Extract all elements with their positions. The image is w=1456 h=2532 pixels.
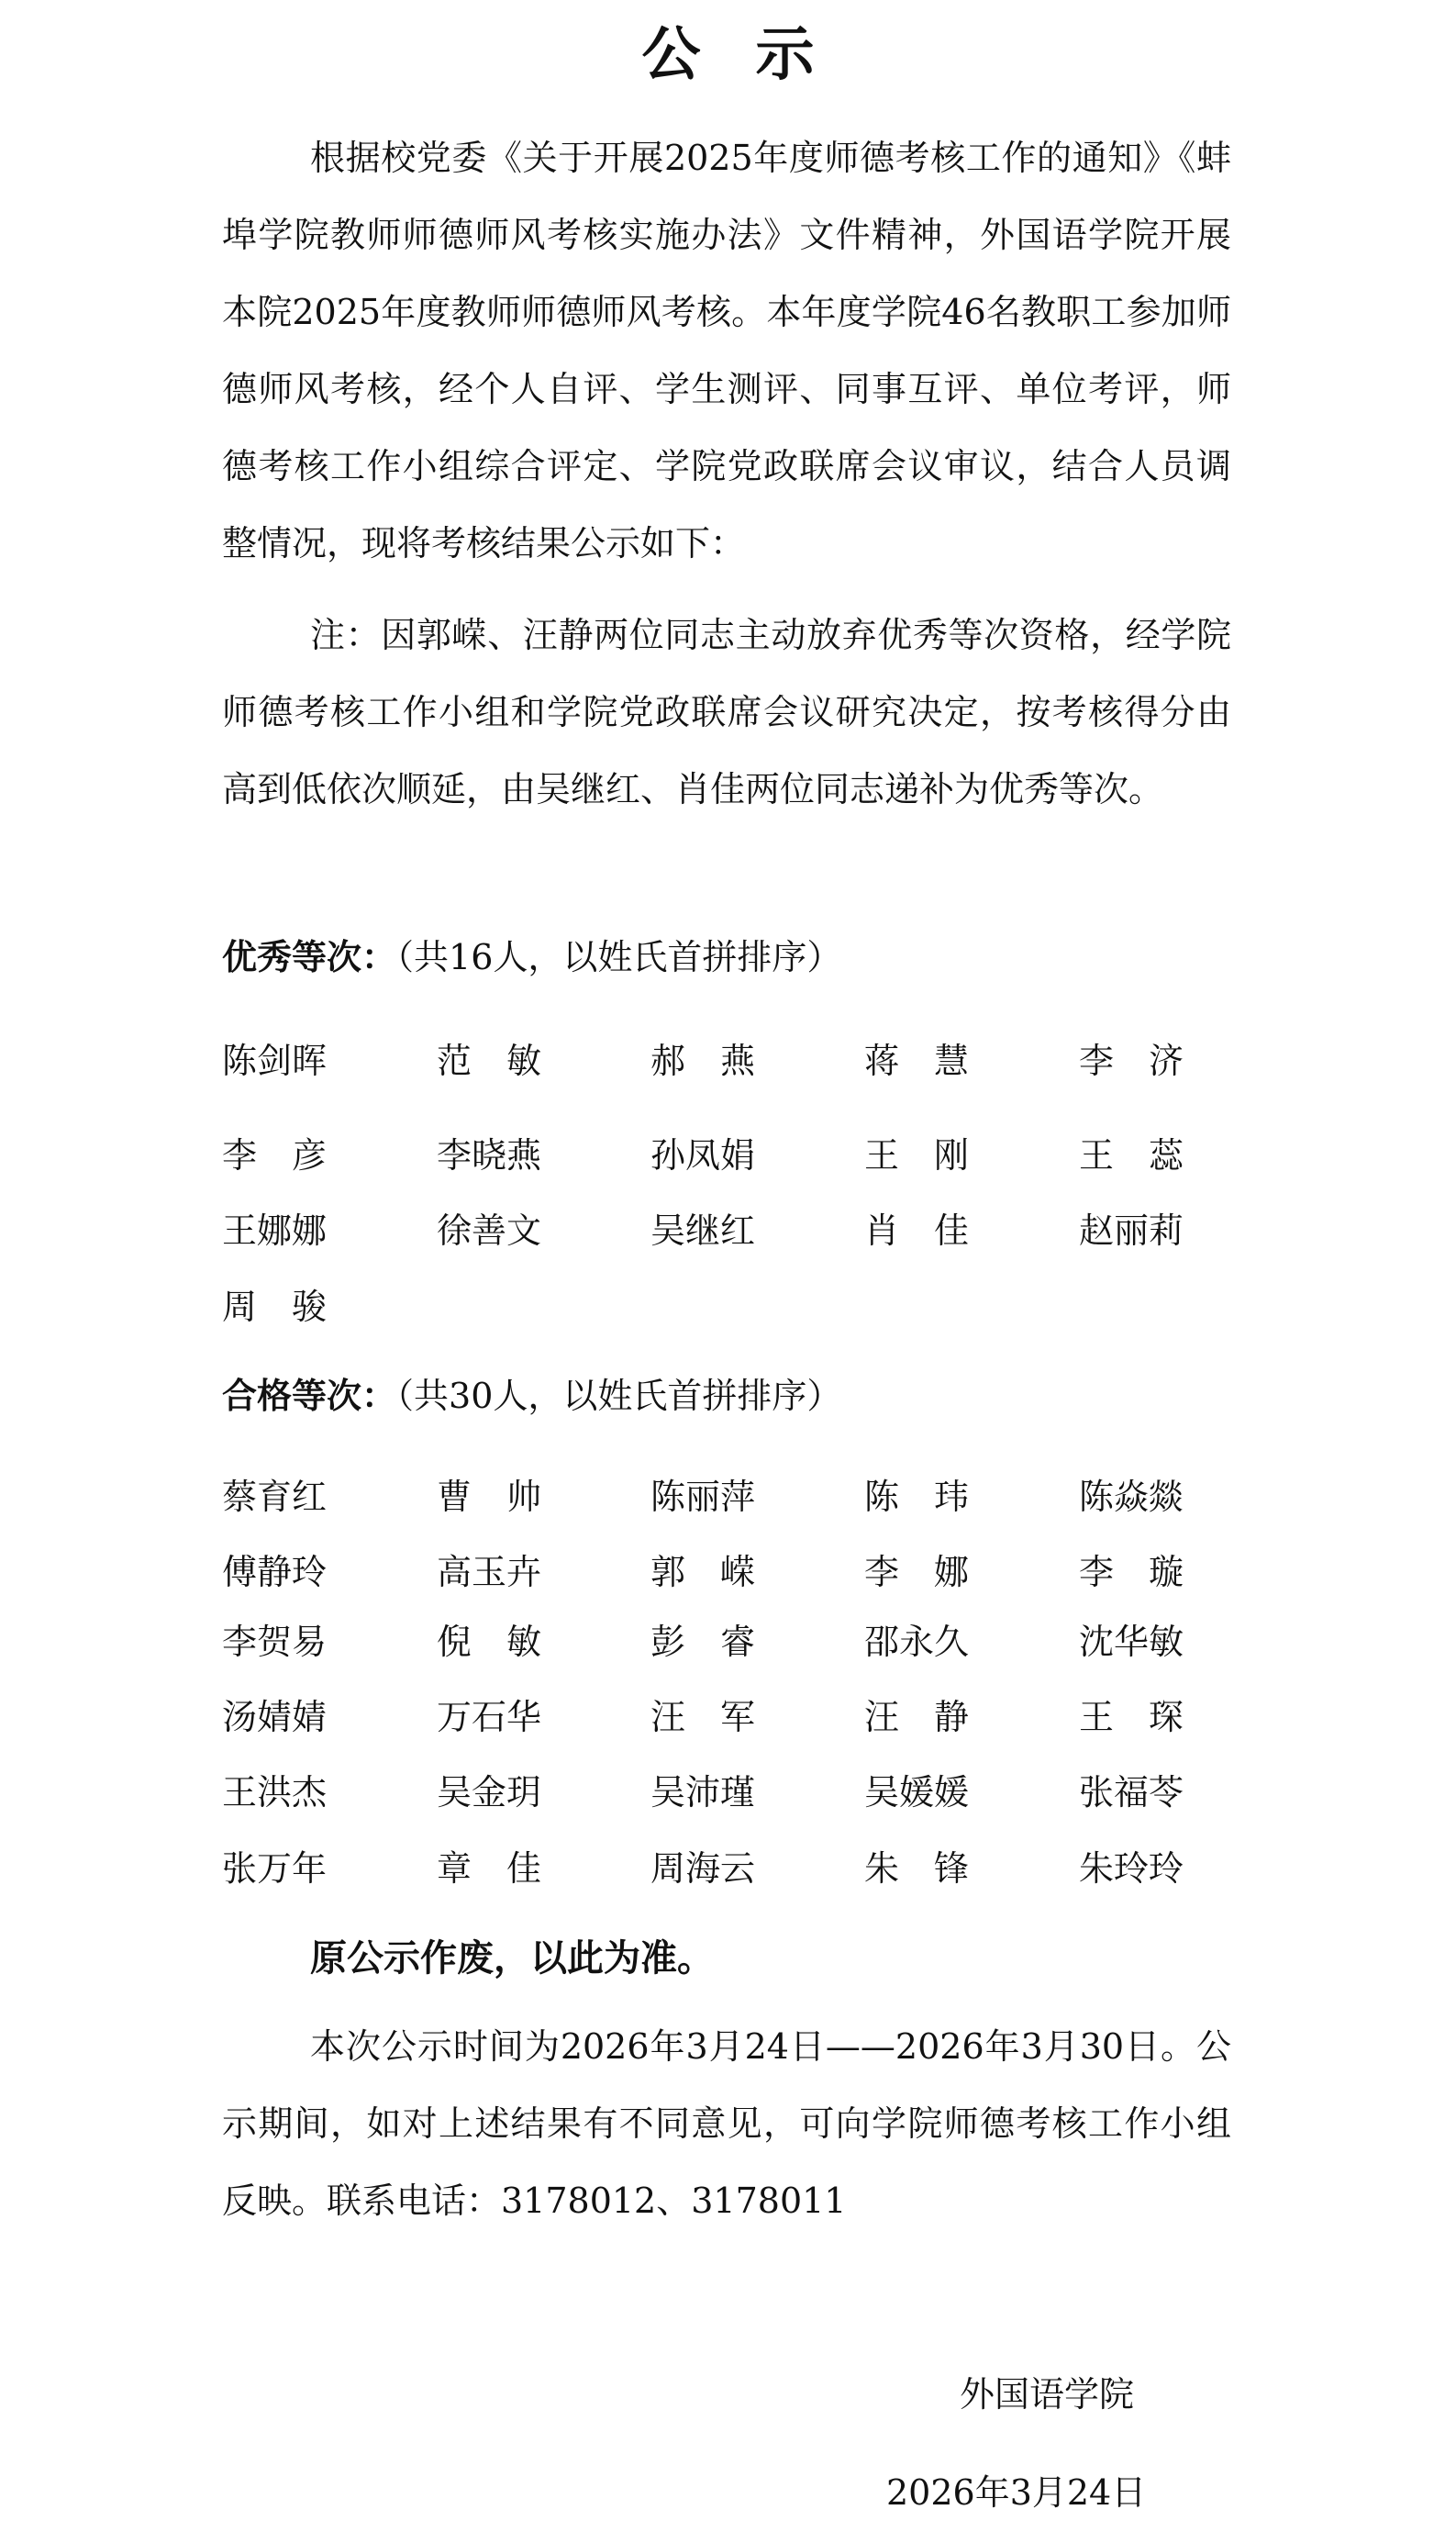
name-item: 汪 军 (650, 1689, 755, 1739)
qualified-desc: （共30人，以姓氏首拼排序） (396, 1376, 841, 1416)
name-item: 赵丽莉 (1079, 1202, 1184, 1253)
name-item: 郝 燕 (650, 1032, 755, 1083)
name-item: 李 娜 (864, 1544, 969, 1594)
name-item: 陈丽萍 (650, 1468, 755, 1519)
name-item: 周 骏 (222, 1278, 327, 1329)
name-item: 邵永久 (864, 1613, 969, 1664)
excellent-desc: （共16人，以姓氏首拼排序） (396, 937, 841, 977)
name-item: 周海云 (650, 1840, 755, 1891)
name-item: 倪 敏 (437, 1613, 541, 1664)
name-item: 沈华敏 (1079, 1613, 1184, 1664)
name-item: 朱 锋 (864, 1840, 969, 1891)
name-item: 李 彦 (222, 1127, 327, 1177)
note-paragraph: 注：因郭嵘、汪静两位同志主动放弃优秀等次资格，经学院师德考核工作小组和学院党政联… (222, 597, 1231, 828)
name-item: 汪 静 (864, 1689, 969, 1739)
name-item: 张福苓 (1079, 1764, 1184, 1814)
page-title: 公示 (0, 7, 1456, 92)
name-item: 蔡育红 (222, 1468, 327, 1519)
name-item: 范 敏 (437, 1032, 541, 1083)
name-item: 陈焱燚 (1079, 1468, 1184, 1519)
name-item: 肖 佳 (864, 1202, 969, 1253)
name-item: 郭 嵘 (650, 1544, 755, 1594)
name-item: 吴金玥 (437, 1764, 541, 1814)
qualified-label: 合格等次： (222, 1376, 396, 1416)
name-item: 李 璇 (1079, 1544, 1184, 1594)
intro-paragraph: 根据校党委《关于开展2025年度师德考核工作的通知》《蚌埠学院教师师德师风考核实… (222, 119, 1231, 582)
excellent-section-heading: 优秀等次：（共16人，以姓氏首拼排序） (222, 929, 841, 979)
name-item: 李晓燕 (437, 1127, 541, 1177)
name-item: 李 济 (1079, 1032, 1184, 1083)
name-item: 汤婧婧 (222, 1689, 327, 1739)
name-item: 吴沛瑾 (650, 1764, 755, 1814)
void-notice: 原公示作废，以此为准。 (310, 1929, 714, 1981)
name-item: 高玉卉 (437, 1544, 541, 1594)
signature-org: 外国语学院 (960, 2366, 1134, 2416)
name-item: 李贺易 (222, 1613, 327, 1664)
name-item: 吴媛媛 (864, 1764, 969, 1814)
name-item: 王娜娜 (222, 1202, 327, 1253)
name-item: 王 刚 (864, 1127, 969, 1177)
name-item: 王 蕊 (1079, 1127, 1184, 1177)
name-item: 万石华 (437, 1689, 541, 1739)
name-item: 朱玲玲 (1079, 1840, 1184, 1891)
name-item: 傅静玲 (222, 1544, 327, 1594)
name-item: 孙凤娟 (650, 1127, 755, 1177)
name-item: 章 佳 (437, 1840, 541, 1891)
name-item: 蒋 慧 (864, 1032, 969, 1083)
name-item: 张万年 (222, 1840, 327, 1891)
name-item: 陈剑晖 (222, 1032, 327, 1083)
name-item: 彭 睿 (650, 1613, 755, 1664)
name-item: 王 琛 (1079, 1689, 1184, 1739)
signature-date: 2026年3月24日 (886, 2464, 1146, 2515)
name-item: 陈 玮 (864, 1468, 969, 1519)
name-item: 王洪杰 (222, 1764, 327, 1814)
period-paragraph: 本次公示时间为2026年3月24日——2026年3月30日。公示期间，如对上述结… (222, 2008, 1231, 2239)
excellent-label: 优秀等次： (222, 937, 396, 977)
name-item: 徐善文 (437, 1202, 541, 1253)
name-item: 曹 帅 (437, 1468, 541, 1519)
qualified-section-heading: 合格等次：（共30人，以姓氏首拼排序） (222, 1367, 841, 1418)
name-item: 吴继红 (650, 1202, 755, 1253)
